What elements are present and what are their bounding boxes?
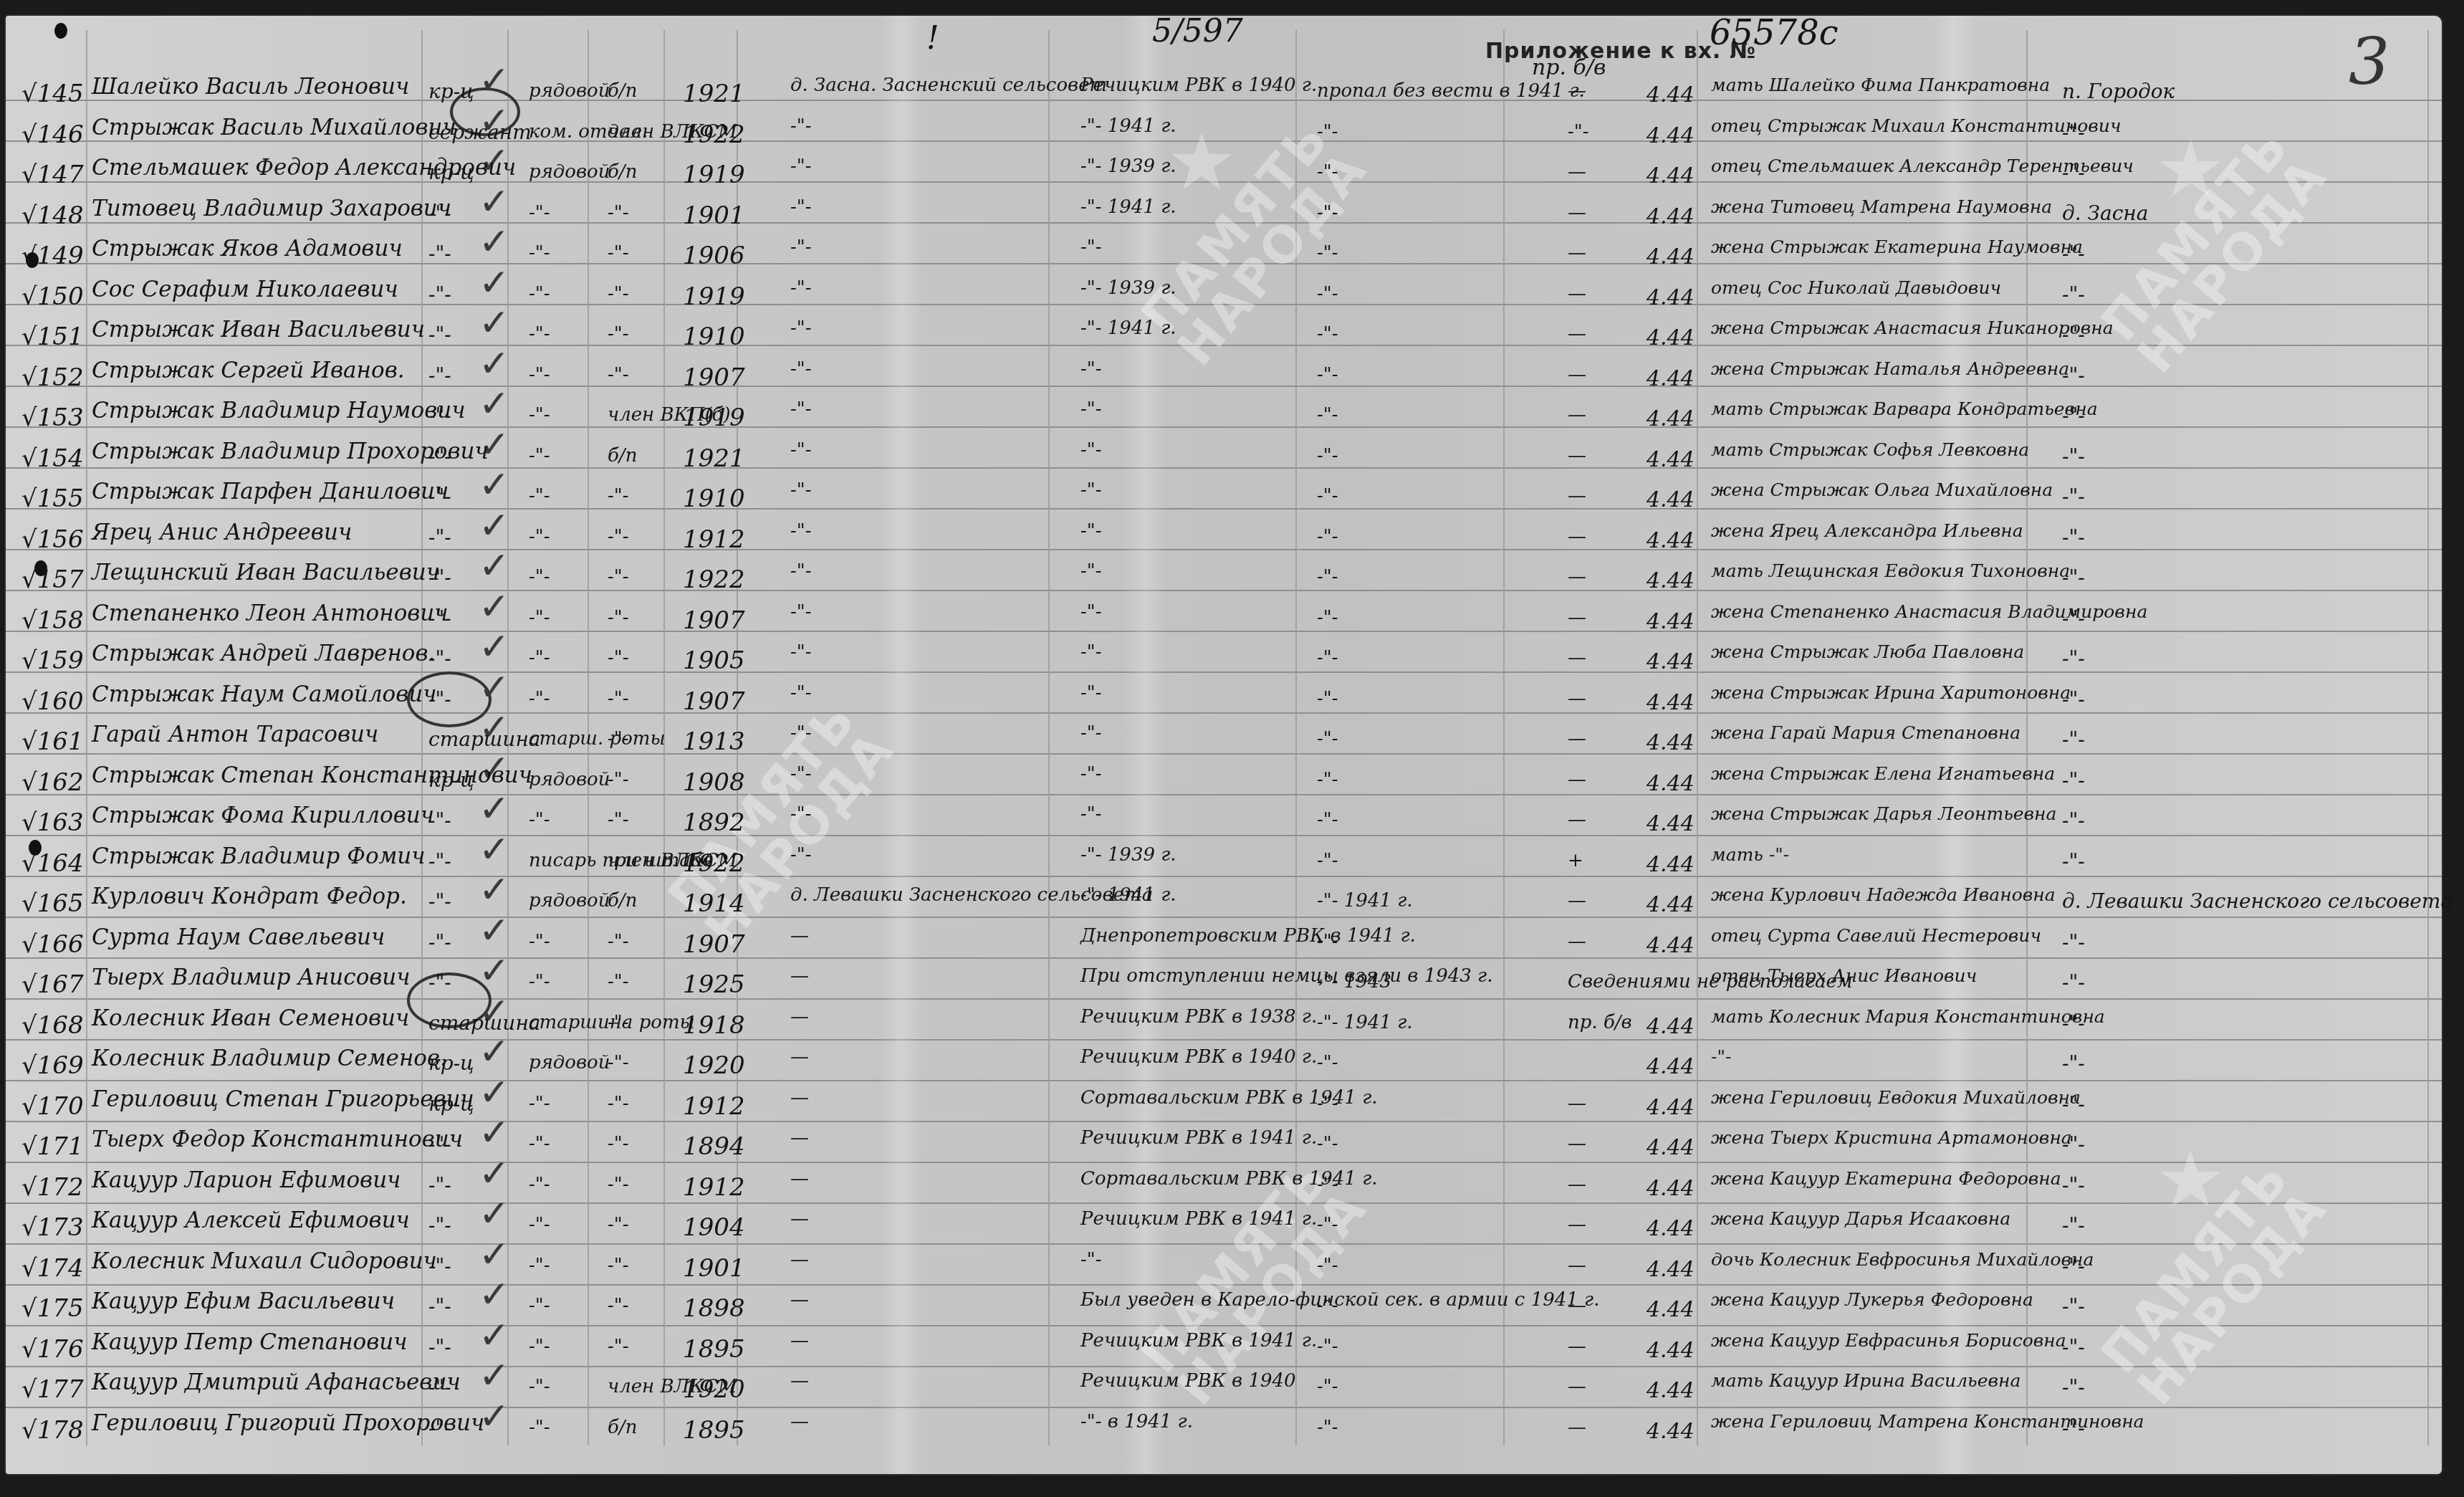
home-address: — [790, 1129, 809, 1147]
row-number: √149 [21, 244, 84, 268]
position: -"- [529, 810, 550, 829]
missing-since: -"- [1317, 406, 1338, 424]
party-membership: -"- [608, 527, 629, 546]
drafted-by: -"- [1080, 441, 1102, 459]
incoming-number: 65578с [1710, 16, 1839, 50]
table-row: ✓√176Кацуур Петр Степанович-"--"--"-1895… [6, 1327, 2442, 1368]
birth-year: 1908 [683, 770, 745, 795]
missing-since: -"- [1317, 1134, 1338, 1153]
drafted-by: -"- 1941 г. [1080, 319, 1176, 338]
party-membership: -"- [608, 1175, 629, 1194]
home-address: — [790, 1170, 809, 1188]
party-membership: -"- [608, 284, 629, 303]
row-number: √148 [21, 204, 84, 228]
row-number: √150 [21, 284, 84, 309]
remark: — [1568, 932, 1586, 951]
next-of-kin: жена Стрыжак Ольга Михайловна [1711, 481, 2053, 499]
table-row: ✓√169Колесник Владимир Семенов.кр-црядов… [6, 1043, 2442, 1084]
row-number: √176 [21, 1337, 84, 1362]
missing-since: -"- [1317, 730, 1338, 748]
soldier-name: Стрыжак Яков Адамович [92, 238, 403, 260]
check-mark-icon: ✓ [479, 1074, 510, 1111]
drafted-by: -"- [1080, 400, 1102, 419]
birth-year: 1920 [683, 1377, 745, 1402]
kin-place: -"- [2062, 568, 2085, 588]
party-membership: -"- [608, 770, 629, 789]
check-mark-icon: ✓ [479, 1317, 510, 1354]
date: 4.44 [1646, 1218, 1694, 1240]
drafted-by: -"- [1080, 603, 1102, 621]
table-row: ✓√159Стрыжак Андрей Лавренов.-"--"--"-19… [6, 639, 2442, 679]
row-number: √163 [21, 810, 84, 835]
birth-year: 1925 [683, 972, 745, 997]
home-address: — [790, 967, 809, 985]
position: рядовой [529, 891, 610, 910]
row-number: √177 [21, 1377, 84, 1402]
home-address: -"- [790, 603, 812, 621]
table-row: ✓√157Лещинский Иван Васильевич-"--"--"-1… [6, 558, 2442, 598]
remark: — [1568, 1256, 1586, 1275]
home-address: -"- [790, 805, 812, 823]
military-rank: кр-ц [428, 1053, 474, 1073]
missing-since: -"- [1317, 608, 1338, 627]
remark: — [1568, 608, 1586, 627]
party-membership: -"- [608, 810, 629, 829]
kin-place: п. Городок [2062, 82, 2175, 102]
next-of-kin: жена Курлович Надежда Ивановна [1711, 886, 2056, 904]
check-mark-icon: ✓ [479, 588, 510, 626]
birth-year: 1918 [683, 1013, 745, 1038]
birth-year: 1919 [683, 163, 745, 187]
check-mark-icon: ✓ [479, 547, 510, 585]
table-row: ✓√148Титовец Владимир Захарович-"--"--"-… [6, 193, 2442, 234]
missing-since: -"- [1317, 568, 1338, 586]
date: 4.44 [1646, 206, 1694, 228]
soldier-name: Колесник Михаил Сидорович [92, 1250, 437, 1273]
party-membership: -"- [608, 1094, 629, 1113]
remark: — [1568, 204, 1586, 222]
kin-place: -"- [2062, 1053, 2085, 1073]
birth-year: 1906 [683, 244, 745, 268]
position: -"- [529, 1296, 550, 1315]
missing-since: -"- [1317, 1215, 1338, 1234]
home-address: д. Засна. Засненский сельсовет [790, 76, 1107, 95]
home-address: -"- [790, 643, 812, 661]
table-row: ✓√171Тыерх Федор Константинович-"--"--"-… [6, 1124, 2442, 1165]
table-row: ✓√145Шалейко Василь Леоновичкр-црядовойб… [6, 72, 2442, 113]
table-row: ✓√160Стрыжак Наум Самойлович-"--"--"-190… [6, 679, 2442, 720]
kin-place: -"- [2062, 325, 2085, 345]
soldier-name: Шалейко Василь Леонович [92, 76, 409, 98]
soldier-name: Колесник Иван Семенович [92, 1008, 409, 1030]
kin-place: -"- [2062, 446, 2085, 467]
check-mark-icon: ✓ [479, 62, 510, 99]
drafted-by: -"- [1080, 684, 1102, 702]
remark: — [1568, 527, 1586, 546]
next-of-kin: мать Стрыжак Софья Левковна [1711, 441, 2029, 459]
check-mark-icon: ✓ [479, 790, 510, 828]
military-rank: -"- [428, 204, 451, 224]
row-number: √158 [21, 608, 84, 633]
kin-place: -"- [2062, 1337, 2085, 1357]
home-address: — [790, 1372, 809, 1390]
party-membership: -"- [608, 1134, 629, 1153]
missing-since: -"- [1317, 1053, 1338, 1072]
missing-since: -"- [1317, 204, 1338, 222]
date: 4.44 [1646, 570, 1694, 592]
position: -"- [529, 244, 550, 262]
row-number: √161 [21, 730, 84, 754]
soldier-name: Стрыжак Фома Кириллович [92, 805, 434, 827]
home-address: -"- [790, 319, 812, 338]
kin-place: -"- [2062, 1094, 2085, 1114]
kin-place: -"- [2062, 649, 2085, 669]
kin-place: -"- [2062, 1134, 2085, 1154]
kin-place: -"- [2062, 123, 2085, 143]
drafted-by: -"- [1080, 765, 1102, 783]
soldier-name: Кацуур Дмитрий Афанасьевич [92, 1372, 461, 1394]
kin-place: -"- [2062, 1377, 2085, 1397]
row-number: √168 [21, 1013, 84, 1038]
party-membership: -"- [608, 1013, 629, 1032]
date: 4.44 [1646, 1016, 1694, 1038]
home-address: — [790, 1089, 809, 1107]
kin-place: -"- [2062, 365, 2085, 386]
remark: — [1568, 446, 1586, 465]
birth-year: 1919 [683, 406, 745, 430]
position: рядовой [529, 1053, 610, 1072]
date: 4.44 [1646, 1137, 1694, 1159]
home-address: -"- [790, 522, 812, 540]
date: 4.44 [1646, 85, 1694, 106]
party-membership: -"- [608, 365, 629, 384]
remark: — [1568, 1094, 1586, 1113]
missing-since: -"- [1317, 527, 1338, 546]
party-membership: -"- [608, 1215, 629, 1234]
birth-year: 1920 [683, 1053, 745, 1078]
date: 4.44 [1646, 1056, 1694, 1078]
birth-year: 1922 [683, 851, 745, 876]
military-rank: -"- [428, 527, 451, 547]
check-mark-icon: ✓ [479, 345, 510, 383]
row-number: √154 [21, 446, 84, 471]
row-number: √171 [21, 1134, 84, 1159]
home-address: — [790, 1412, 809, 1431]
birth-year: 1895 [683, 1337, 745, 1362]
remark: — [1568, 163, 1586, 181]
military-rank: -"- [428, 1296, 451, 1316]
punch-hole [54, 23, 67, 39]
soldier-name: Степаненко Леон Антонович [92, 603, 449, 625]
date: 4.44 [1646, 651, 1694, 673]
drafted-by: Речицким РВК в 1941 г. [1080, 1210, 1317, 1228]
position: -"- [529, 1175, 550, 1194]
missing-since: -"- 1941 г. [1317, 891, 1413, 910]
birth-year: 1907 [683, 689, 745, 714]
home-address: -"- [790, 157, 812, 176]
position: рядовой [529, 163, 610, 181]
home-address: -"- [790, 562, 812, 580]
missing-since: -"- [1317, 365, 1338, 384]
row-number: √145 [21, 82, 84, 106]
remark: — [1568, 244, 1586, 262]
remark: — [1568, 1296, 1586, 1315]
check-mark-icon: ✓ [479, 1195, 510, 1233]
drafted-by: -"- 1939 г. [1080, 846, 1176, 864]
date: 4.44 [1646, 489, 1694, 511]
birth-year: 1904 [683, 1215, 745, 1240]
date: 4.44 [1646, 692, 1694, 714]
military-rank: -"- [428, 689, 451, 709]
table-row: ✓√175Кацуур Ефим Васильевич-"--"--"-1898… [6, 1286, 2442, 1327]
party-membership: б/п [608, 891, 637, 910]
party-membership: -"- [608, 972, 629, 991]
next-of-kin: жена Гарай Мария Степановна [1711, 724, 2020, 742]
military-rank: -"- [428, 446, 451, 467]
birth-year: 1905 [683, 649, 745, 673]
party-membership: б/п [608, 82, 637, 100]
position: -"- [529, 487, 550, 505]
party-membership: -"- [608, 1296, 629, 1315]
row-number: √169 [21, 1053, 84, 1078]
remark: — [1568, 689, 1586, 708]
kin-place: -"- [2062, 163, 2085, 183]
remark: — [1568, 730, 1586, 748]
drafted-by: -"- [1080, 238, 1102, 257]
row-number: √157 [21, 568, 84, 592]
row-number: √172 [21, 1175, 84, 1200]
table-row: ✓√165Курлович Кондрат Федор.-"-рядовойб/… [6, 881, 2442, 922]
check-mark-icon: ✓ [479, 264, 510, 302]
next-of-kin: жена Ярец Александра Ильевна [1711, 522, 2023, 540]
party-membership: -"- [608, 730, 629, 748]
drafted-by: Речицким РВК в 1940 г. [1080, 1048, 1317, 1066]
check-mark-icon: ✓ [479, 1357, 510, 1395]
remark: — [1568, 568, 1586, 586]
remark: пр. б/в [1568, 1013, 1632, 1032]
soldier-name: Стрыжак Иван Васильевич [92, 319, 425, 341]
home-address: -"- [790, 238, 812, 257]
birth-year: 1912 [683, 527, 745, 552]
missing-since: -"- [1317, 487, 1338, 505]
home-address: -"- [790, 117, 812, 135]
kin-place: -"- [2062, 487, 2085, 507]
drafted-by: При отступлении немцы взяли в 1943 г. [1080, 967, 1492, 985]
check-mark-icon: ✓ [479, 628, 510, 666]
remark: — [1568, 406, 1586, 424]
home-address: — [790, 1250, 809, 1269]
remark: + [1568, 851, 1583, 870]
date: 4.44 [1646, 854, 1694, 876]
document-sheet: 5/597 ! Приложение к вх. № 65578с пр. б/… [6, 16, 2442, 1474]
soldier-name: Титовец Владимир Захарович [92, 198, 451, 220]
date: 4.44 [1646, 894, 1694, 916]
kin-place: -"- [2062, 1215, 2085, 1235]
table-row: ✓√146Стрыжак Василь Михайловичсержантком… [6, 113, 2442, 153]
missing-since: -"- [1317, 1377, 1338, 1396]
remark: — [1568, 1377, 1586, 1396]
kin-place: д. Засна [2062, 204, 2149, 224]
soldier-name: Стрыжак Парфен Данилович [92, 481, 449, 503]
date: 4.44 [1646, 247, 1694, 268]
birth-year: 1907 [683, 608, 745, 633]
row-number: √162 [21, 770, 84, 795]
next-of-kin: жена Кацуур Евфрасинья Борисовна [1711, 1331, 2066, 1349]
remark: — [1568, 810, 1586, 829]
military-rank: -"- [428, 932, 451, 952]
date: 4.44 [1646, 1421, 1694, 1443]
soldier-name: Стрыжак Василь Михайлович [92, 117, 456, 139]
birth-year: 1922 [683, 123, 745, 147]
row-number: √165 [21, 891, 84, 916]
exclamation-mark: ! [926, 23, 939, 54]
birth-year: 1922 [683, 568, 745, 592]
home-address: -"- [790, 441, 812, 459]
remark: — [1568, 1418, 1586, 1437]
kin-place: -"- [2062, 810, 2085, 831]
drafted-by: -"- [1080, 724, 1102, 742]
missing-since: -"- [1317, 1256, 1338, 1275]
position: -"- [529, 1418, 550, 1437]
military-rank: -"- [428, 1418, 451, 1438]
date: 4.44 [1646, 935, 1694, 957]
home-address: -"- [790, 198, 812, 216]
party-membership: -"- [608, 608, 629, 627]
remark: — [1568, 325, 1586, 343]
date: 4.44 [1646, 327, 1694, 349]
birth-year: 1921 [683, 82, 745, 106]
remark: — [1568, 365, 1586, 384]
remark: — [1568, 649, 1586, 667]
row-number: √146 [21, 123, 84, 147]
kin-place: -"- [2062, 1256, 2085, 1276]
birth-year: 1895 [683, 1418, 745, 1443]
check-mark-icon: ✓ [479, 871, 510, 909]
remark: — [1568, 1134, 1586, 1153]
soldier-name: Стрыжак Владимир Фомич [92, 846, 426, 868]
home-address: — [790, 927, 809, 945]
table-row: ✓√174Колесник Михаил Сидорович-"--"--"-1… [6, 1246, 2442, 1287]
check-mark-icon: ✓ [479, 912, 510, 950]
position: -"- [529, 527, 550, 546]
kin-place: -"- [2062, 972, 2085, 993]
next-of-kin: жена Стрыжак Наталья Андреевна [1711, 360, 2069, 378]
soldier-name: Стрыжак Андрей Лавренов. [92, 643, 435, 665]
missing-since: пропал без вести в 1941 г. [1317, 82, 1585, 100]
kin-place: -"- [2062, 244, 2085, 264]
next-of-kin: отец Стрыжак Михаил Константинович [1711, 117, 2122, 135]
party-membership: б/п [608, 446, 637, 465]
check-mark-icon: ✓ [479, 1033, 510, 1071]
position: -"- [529, 1134, 550, 1153]
military-rank: -"- [428, 1215, 451, 1235]
military-rank: -"- [428, 649, 451, 669]
row-number: √178 [21, 1418, 84, 1443]
military-rank: -"- [428, 406, 451, 426]
position: рядовой [529, 82, 610, 100]
date: 4.44 [1646, 1097, 1694, 1119]
soldier-name: Кацуур Алексей Ефимович [92, 1210, 410, 1232]
next-of-kin: отец Сос Николай Давыдович [1711, 279, 2001, 297]
table-row: ✓√155Стрыжак Парфен Данилович-"--"--"-19… [6, 477, 2442, 517]
home-address: -"- [790, 400, 812, 419]
soldier-name: Тыерх Федор Константинович [92, 1129, 463, 1151]
drafted-by: -"- 1941 г. [1080, 198, 1176, 216]
remark: — [1568, 770, 1586, 789]
next-of-kin: жена Стрыжак Елена Игнатьевна [1711, 765, 2055, 783]
military-rank: -"- [428, 568, 451, 588]
next-of-kin: мать Стрыжак Варвара Кондратьевна [1711, 400, 2098, 418]
row-number: √160 [21, 689, 84, 714]
check-mark-icon: ✓ [479, 1276, 510, 1314]
kin-place: -"- [2062, 608, 2085, 628]
missing-since: -"- [1317, 770, 1338, 789]
birth-year: 1910 [683, 325, 745, 349]
drafted-by: -"- 1941 г. [1080, 117, 1176, 135]
party-membership: б/п [608, 1418, 637, 1437]
next-of-kin: жена Стрыжак Екатерина Наумовна [1711, 238, 2083, 256]
remark: — [1568, 82, 1586, 100]
position: -"- [529, 406, 550, 424]
soldier-name: Кацуур Петр Степанович [92, 1331, 408, 1354]
remark: — [1568, 487, 1586, 505]
party-membership: -"- [608, 325, 629, 343]
missing-since: -"- [1317, 1094, 1338, 1113]
folio-number: 5/597 [1152, 16, 1243, 47]
row-number: √147 [21, 163, 84, 187]
party-membership: -"- [608, 689, 629, 708]
table-row: ✓√172Кацуур Ларион Ефимович-"--"--"-1912… [6, 1165, 2442, 1206]
next-of-kin: жена Стрыжак Дарья Леонтьевна [1711, 805, 2056, 823]
birth-year: 1919 [683, 284, 745, 309]
home-address: -"- [790, 765, 812, 783]
drafted-by: -"- [1080, 522, 1102, 540]
table-row: ✓√149Стрыжак Яков Адамович-"--"--"-1906-… [6, 234, 2442, 274]
soldier-name: Сурта Наум Савельевич [92, 927, 385, 949]
missing-since: -"- [1317, 810, 1338, 829]
table-row: ✓√156Ярец Анис Андреевич-"--"--"-1912-"-… [6, 517, 2442, 558]
missing-since: -"- [1317, 284, 1338, 303]
military-rank: -"- [428, 851, 451, 871]
next-of-kin: жена Кацуур Лукерья Федоровна [1711, 1291, 2033, 1309]
kin-place: -"- [2062, 1296, 2085, 1316]
next-of-kin: мать -"- [1711, 846, 1789, 864]
kin-place: -"- [2062, 284, 2085, 305]
remark: — [1568, 284, 1586, 303]
next-of-kin: мать Колесник Мария Константиновна [1711, 1008, 2105, 1025]
check-mark-icon: ✓ [479, 952, 510, 990]
table-row: ✓√150Сос Серафим Николаевич-"--"--"-1919… [6, 274, 2442, 315]
missing-since: -"- [1317, 649, 1338, 667]
drafted-by: Речицким РВК в 1941 г. [1080, 1331, 1317, 1350]
next-of-kin: отец Тыерх Анис Иванович [1711, 967, 1977, 985]
kin-place: -"- [2062, 932, 2085, 952]
kin-place: -"- [2062, 730, 2085, 750]
table-row: ✓√158Степаненко Леон Антонович-"--"--"-1… [6, 598, 2442, 639]
date: 4.44 [1646, 1259, 1694, 1281]
soldier-name: Стрыжак Наум Самойлович [92, 684, 437, 706]
military-rank: -"- [428, 244, 451, 264]
check-mark-icon: ✓ [479, 1114, 510, 1152]
military-rank: -"- [428, 1377, 451, 1397]
next-of-kin: жена Гериловиц Евдокия Михайловна [1711, 1089, 2081, 1106]
missing-since: -"- [1317, 123, 1338, 141]
home-address: — [790, 1210, 809, 1228]
row-number: √156 [21, 527, 84, 552]
position: -"- [529, 649, 550, 667]
table-row: ✓√173Кацуур Алексей Ефимович-"--"--"-190… [6, 1205, 2442, 1246]
position: -"- [529, 365, 550, 384]
